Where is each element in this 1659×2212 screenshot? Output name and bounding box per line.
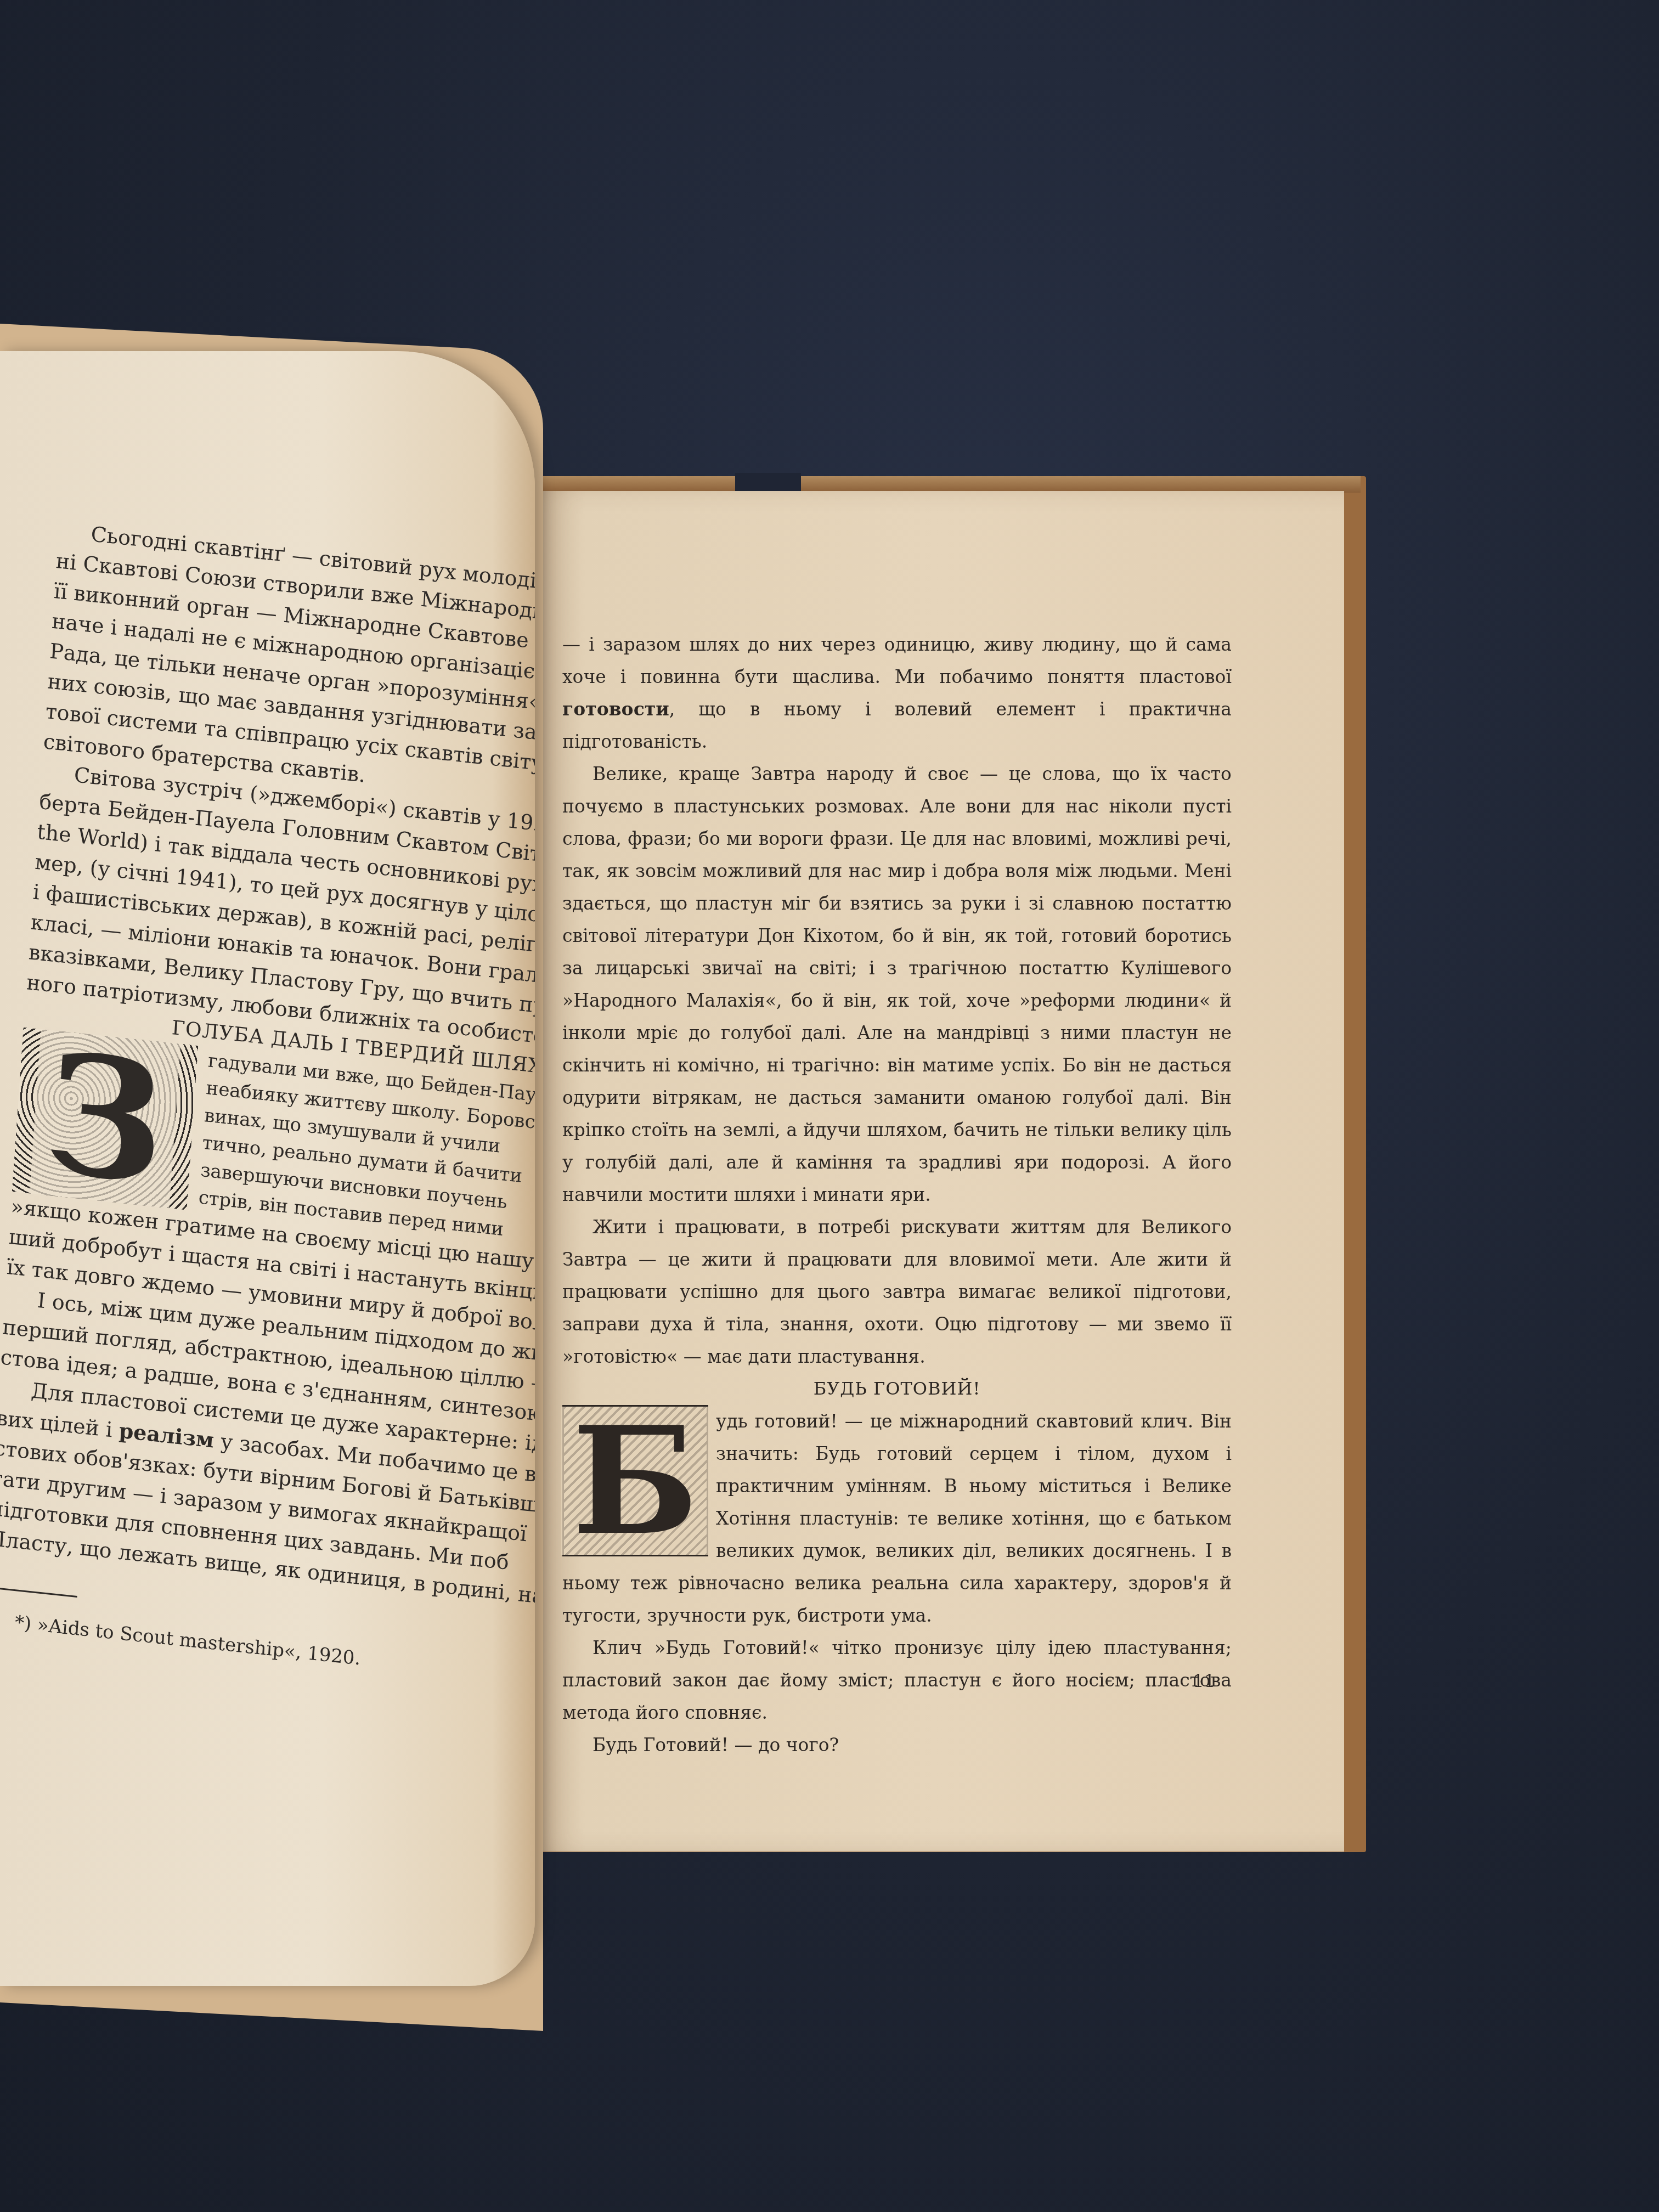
illustrated-dropcap-icon: Б (562, 1405, 708, 1556)
right-page: — і заразом шлях до них через одиницю, ж… (538, 491, 1344, 1852)
emphasis-text: готовости (562, 698, 669, 720)
left-page-text: Сьогодні скавтінґ — світовий рух молоді.… (0, 516, 535, 1686)
right-page-text: — і заразом шлях до них через одиницю, ж… (562, 628, 1232, 1761)
illustrated-dropcap-icon: З (12, 1028, 198, 1210)
paragraph: — і заразом шлях до них через одиницю, ж… (562, 628, 1232, 758)
paragraph: Клич »Будь Готовий!« чітко пронизує цілу… (562, 1632, 1232, 1729)
book-top-edge (538, 476, 1361, 493)
footnote-divider (0, 1586, 77, 1598)
dropcap-letter: З (30, 1029, 181, 1208)
footnote: *) »Aids to Scout mastership«, 1920. (0, 1604, 475, 1686)
paragraph: Жити і працювати, в потребі рискувати жи… (562, 1211, 1232, 1373)
dropcap-letter: Б (561, 1407, 710, 1555)
left-page: Сьогодні скавтінґ — світовий рух молоді.… (0, 351, 535, 1986)
dropcap-paragraph: Б удь готовий! — це міжнародний скавтови… (562, 1405, 1232, 1632)
paragraph: Велике, краще Завтра народу й своє — це … (562, 758, 1232, 1211)
text-span: — і заразом шлях до них через одиницю, ж… (562, 634, 1232, 687)
paragraph: Будь Готовий! — до чого? (562, 1729, 1232, 1761)
page-number: 11 (1193, 1671, 1215, 1691)
